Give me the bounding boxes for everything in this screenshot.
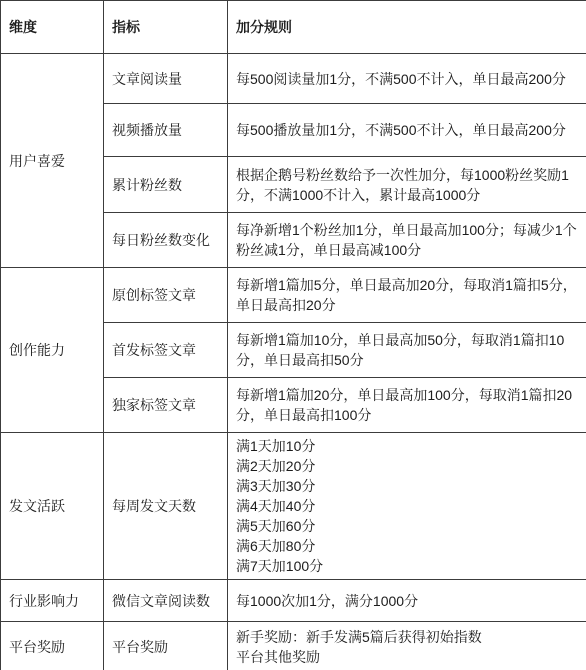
header-dimension: 维度 <box>1 1 104 54</box>
rule-cell: 每新增1篇加5分，单日最高加20分，每取消1篇扣5分，单日最高扣20分 <box>228 268 586 323</box>
indicator-cell: 平台奖励 <box>104 622 228 670</box>
dimension-cell-creation-ability: 创作能力 <box>1 268 104 433</box>
rule-cell: 每1000次加1分，满分1000分 <box>228 580 586 622</box>
rule-cell: 每新增1篇加10分，单日最高加50分，每取消1篇扣10分，单日最高扣50分 <box>228 323 586 378</box>
dimension-cell-platform-reward: 平台奖励 <box>1 622 104 670</box>
table-row: 平台奖励 平台奖励 新手奖励：新手发满5篇后获得初始指数 平台其他奖励 <box>1 622 586 670</box>
dimension-cell-user-favor: 用户喜爱 <box>1 54 104 268</box>
indicator-cell: 原创标签文章 <box>104 268 228 323</box>
indicator-cell: 累计粉丝数 <box>104 157 228 213</box>
rule-cell: 每净新增1个粉丝加1分，单日最高加100分；每减少1个粉丝减1分，单日最高减10… <box>228 213 586 268</box>
indicator-cell: 微信文章阅读数 <box>104 580 228 622</box>
table-row: 创作能力 原创标签文章 每新增1篇加5分，单日最高加20分，每取消1篇扣5分，单… <box>1 268 586 323</box>
rule-cell: 每500播放量加1分，不满500不计入，单日最高200分 <box>228 104 586 157</box>
table-row: 发文活跃 每周发文天数 满1天加10分 满2天加20分 满3天加30分 满4天加… <box>1 433 586 580</box>
indicator-cell: 每周发文天数 <box>104 433 228 580</box>
rule-cell: 根据企鹅号粉丝数给予一次性加分，每1000粉丝奖励1分，不满1000不计入，累计… <box>228 157 586 213</box>
table-row: 行业影响力 微信文章阅读数 每1000次加1分，满分1000分 <box>1 580 586 622</box>
header-indicator: 指标 <box>104 1 228 54</box>
scoring-rules-table: 维度 指标 加分规则 用户喜爱 文章阅读量 每500阅读量加1分，不满500不计… <box>0 0 586 670</box>
rule-cell: 满1天加10分 满2天加20分 满3天加30分 满4天加40分 满5天加60分 … <box>228 433 586 580</box>
indicator-cell: 首发标签文章 <box>104 323 228 378</box>
indicator-cell: 独家标签文章 <box>104 378 228 433</box>
rule-cell: 每500阅读量加1分，不满500不计入，单日最高200分 <box>228 54 586 104</box>
indicator-cell: 视频播放量 <box>104 104 228 157</box>
indicator-cell: 文章阅读量 <box>104 54 228 104</box>
rule-cell: 每新增1篇加20分，单日最高加100分，每取消1篇扣20分，单日最高扣100分 <box>228 378 586 433</box>
indicator-cell: 每日粉丝数变化 <box>104 213 228 268</box>
rule-cell: 新手奖励：新手发满5篇后获得初始指数 平台其他奖励 <box>228 622 586 670</box>
page: 维度 指标 加分规则 用户喜爱 文章阅读量 每500阅读量加1分，不满500不计… <box>0 0 586 670</box>
dimension-cell-industry-influence: 行业影响力 <box>1 580 104 622</box>
dimension-cell-posting-activity: 发文活跃 <box>1 433 104 580</box>
table-row: 用户喜爱 文章阅读量 每500阅读量加1分，不满500不计入，单日最高200分 <box>1 54 586 104</box>
header-rule: 加分规则 <box>228 1 586 54</box>
header-row: 维度 指标 加分规则 <box>1 1 586 54</box>
